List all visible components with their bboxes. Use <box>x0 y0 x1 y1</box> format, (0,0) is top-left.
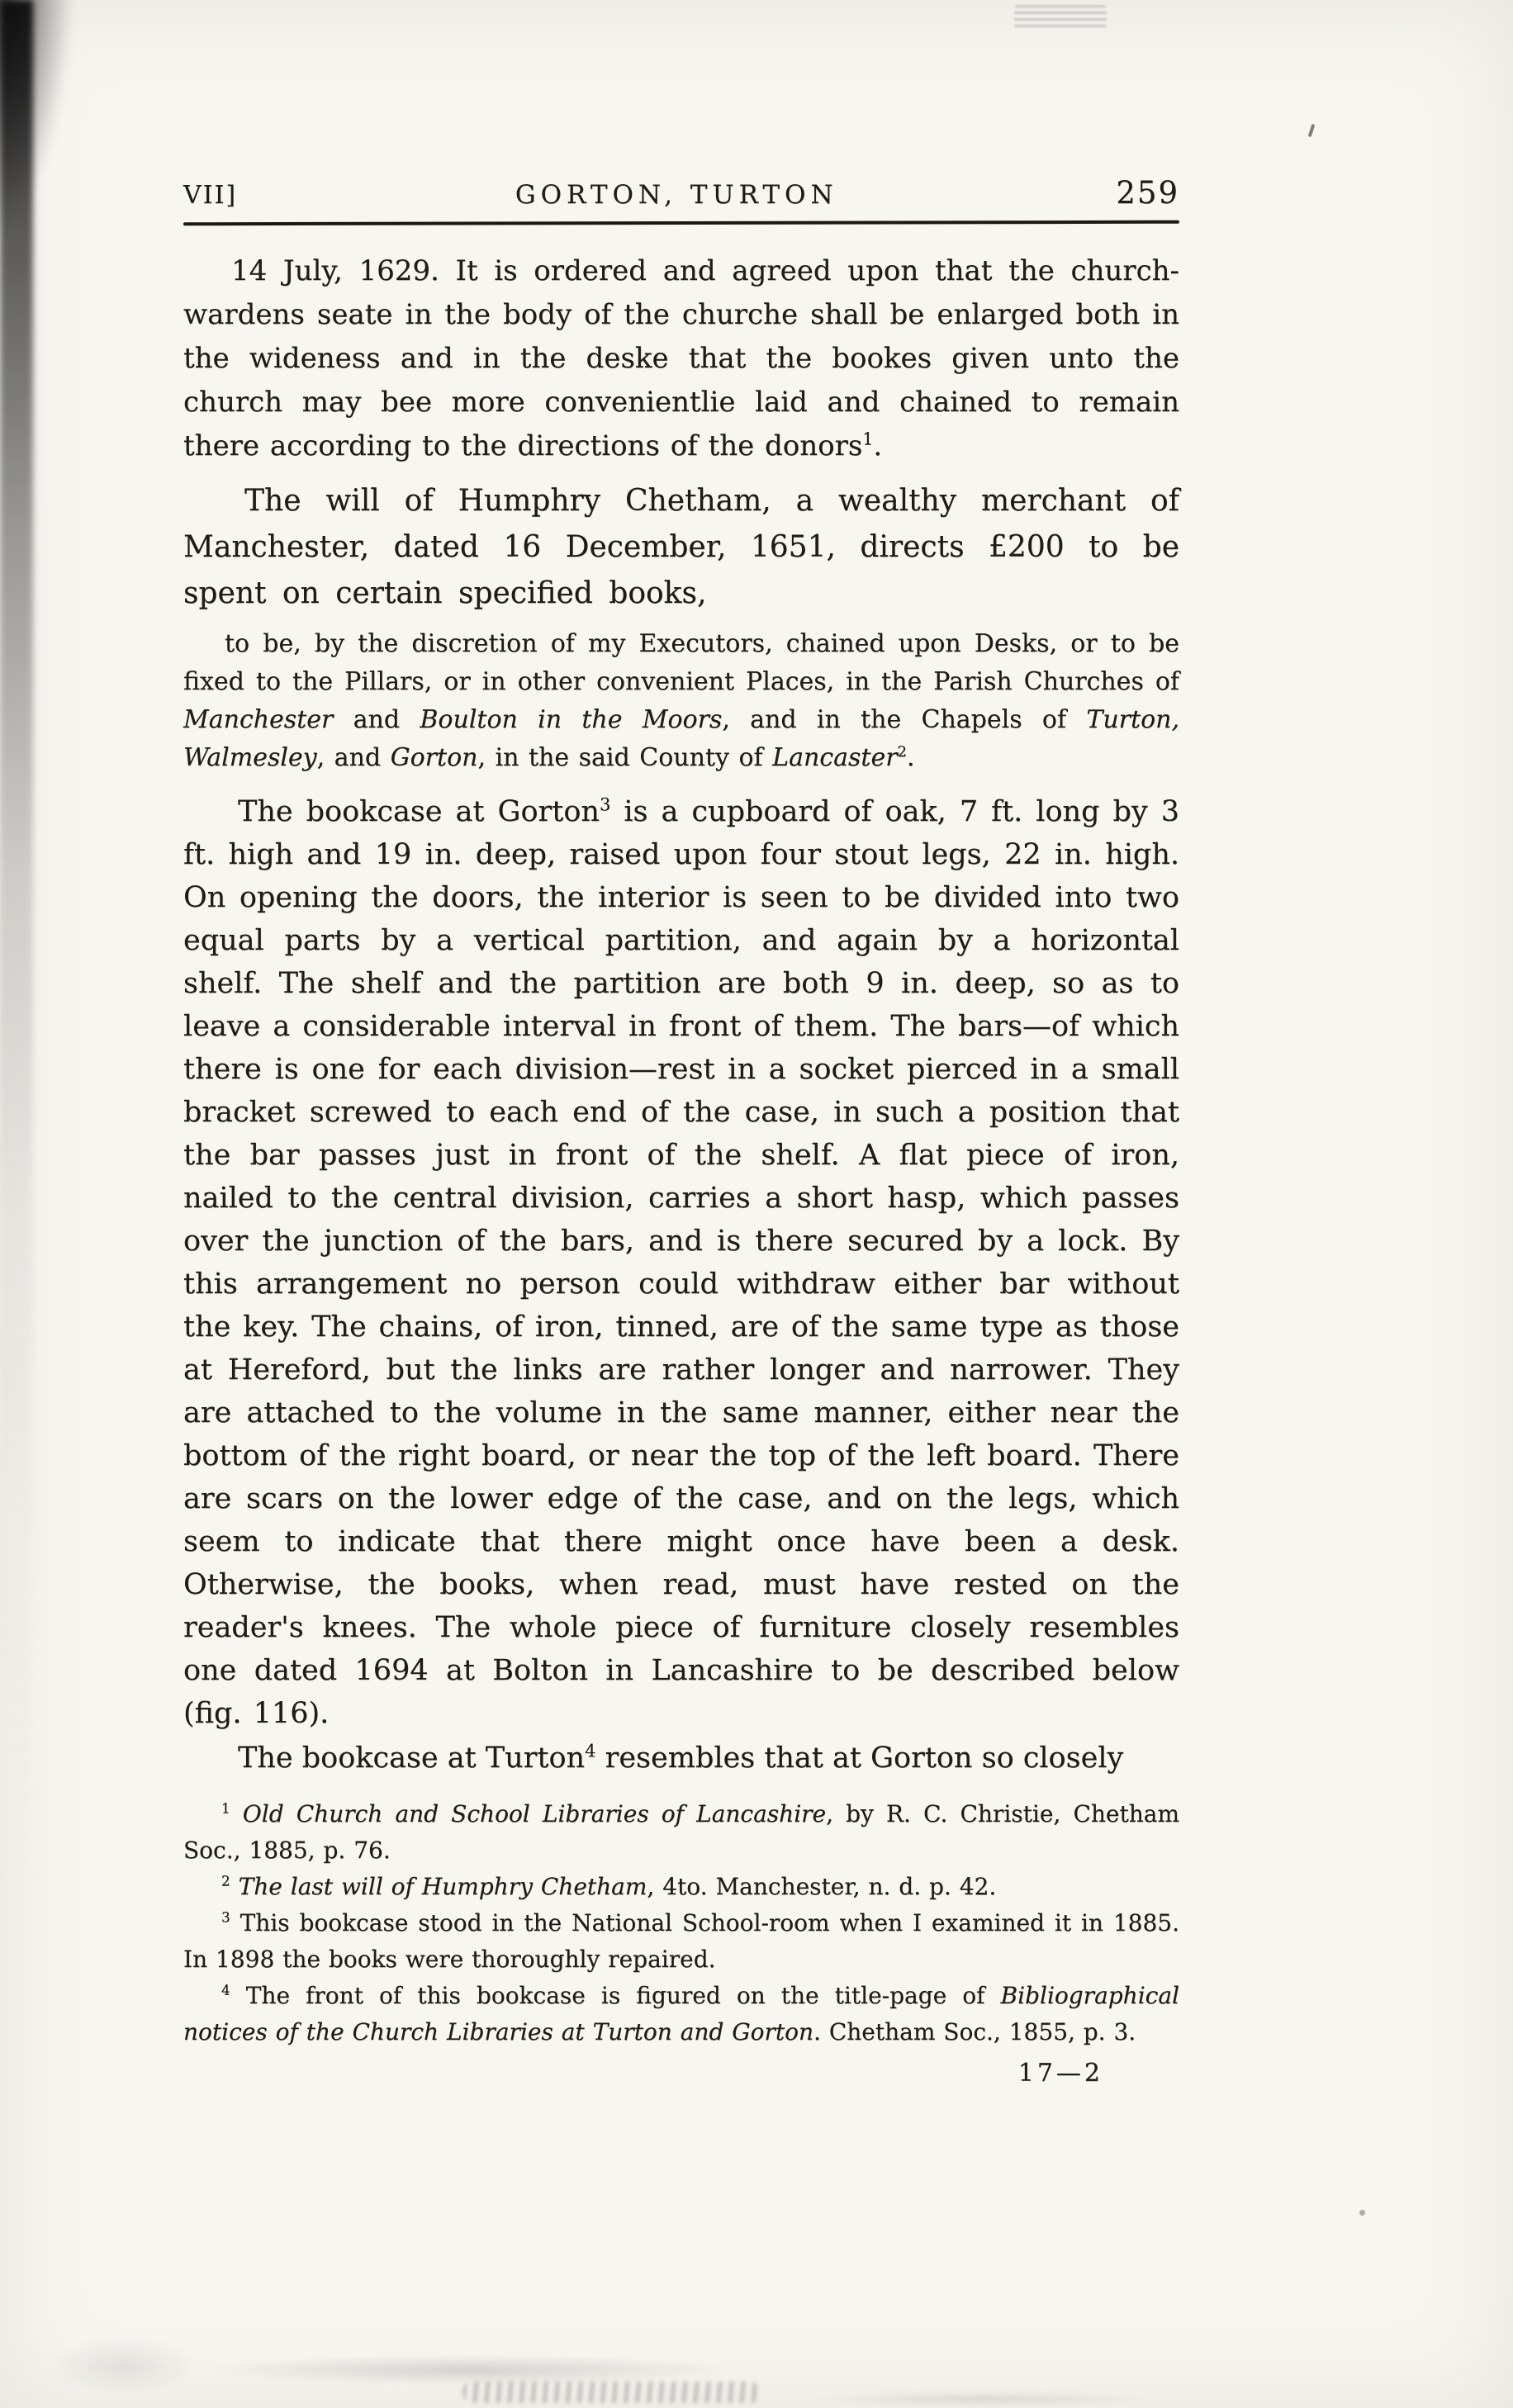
footnote-number: 4 <box>221 1982 230 1998</box>
will-extract-quote: to be, by the discretion of my Executors… <box>183 625 1179 777</box>
scanned-book-page: VII] GORTON, TURTON 259 14 July, 1629. I… <box>0 0 1513 2408</box>
scan-artifact-bottom-smudge <box>206 2355 735 2385</box>
running-header: VII] GORTON, TURTON 259 <box>183 175 1179 211</box>
scan-artifact-bottom-smudge <box>462 2382 760 2403</box>
running-title: GORTON, TURTON <box>515 180 838 210</box>
paragraph-gorton-bookcase: The bookcase at Gorton3 is a cupboard of… <box>183 790 1179 1735</box>
footnote-3: 3 This bookcase stood in the National Sc… <box>183 1905 1179 1978</box>
scan-artifact-top-smudge <box>1014 5 1107 28</box>
footnotes-block: 1 Old Church and School Libraries of Lan… <box>183 1796 1179 2050</box>
footnote-1: 1 Old Church and School Libraries of Lan… <box>183 1796 1179 1869</box>
footnote-number: 1 <box>221 1800 230 1817</box>
text-segment: resembles that at Gorton so closely <box>595 1742 1123 1775</box>
footnote-number: 3 <box>221 1909 230 1926</box>
scan-artifact-tick-mark <box>1308 124 1316 137</box>
footnote-number: 2 <box>221 1873 230 1889</box>
text-segment-italic: Manchester <box>183 705 333 734</box>
footnote-reference-2: 2 <box>898 743 907 761</box>
footnote-2: 2 The last will of Humphry Chetham, 4to.… <box>183 1869 1179 1905</box>
text-segment: The front of this bookcase is figured on… <box>246 1982 1001 2009</box>
text-segment: . Chetham Soc., 1855, p. 3. <box>813 2018 1136 2045</box>
text-segment: . <box>907 743 915 772</box>
text-segment: The will of Humphry Chetham, a wealthy m… <box>183 484 1179 610</box>
footnote-reference-4: 4 <box>585 1741 595 1761</box>
page-content: VII] GORTON, TURTON 259 14 July, 1629. I… <box>183 175 1179 2088</box>
text-segment: , 4to. Manchester, n. d. p. 42. <box>647 1873 996 1900</box>
signature-mark: 17—2 <box>183 2059 1179 2088</box>
text-segment-italic: Gorton <box>391 743 478 772</box>
chapter-number: VII] <box>183 181 237 210</box>
text-segment: , in the said County of <box>477 743 772 772</box>
page-number: 259 <box>1116 175 1179 211</box>
text-segment: is a cupboard of oak, 7 ft. long by 3 ft… <box>183 795 1179 1730</box>
text-segment: to be, by the discretion of my Executors… <box>183 629 1179 696</box>
scan-artifact-bottom-smudge <box>50 2337 198 2395</box>
text-segment: 14 July, 1629. It is ordered and agreed … <box>183 254 1179 462</box>
paragraph-turton-bookcase: The bookcase at Turton4 resembles that a… <box>183 1737 1179 1780</box>
paragraph-ordinance-1629: 14 July, 1629. It is ordered and agreed … <box>183 249 1179 468</box>
text-segment-italic: Boulton in the Moors <box>420 705 722 734</box>
header-rule <box>183 220 1179 226</box>
footnote-4: 4 The front of this bookcase is figured … <box>183 1978 1179 2050</box>
footnote-reference-3: 3 <box>600 794 610 814</box>
book-gutter-corner-shadow <box>0 0 74 239</box>
scan-artifact-bottom-smudge <box>809 2391 1156 2406</box>
text-segment: , and <box>317 743 391 772</box>
paragraph-chetham-will: The will of Humphry Chetham, a wealthy m… <box>183 478 1179 617</box>
text-segment: The bookcase at Gorton <box>238 795 600 828</box>
text-segment: , and in the Chapels of <box>722 705 1086 734</box>
scan-artifact-speck <box>1359 2210 1365 2216</box>
text-segment-italic: The last will of Humphry Chetham <box>239 1873 647 1900</box>
text-segment: and <box>333 705 420 734</box>
text-segment: The bookcase at Turton <box>238 1742 585 1775</box>
text-segment-italic: Old Church and School Libraries of Lanca… <box>243 1800 826 1827</box>
text-segment: This bookcase stood in the National Scho… <box>183 1909 1179 1973</box>
book-gutter-shadow <box>0 0 33 1899</box>
text-segment: . <box>873 429 882 462</box>
footnote-reference-1: 1 <box>862 429 873 449</box>
text-segment-italic: Lancaster <box>772 743 897 772</box>
